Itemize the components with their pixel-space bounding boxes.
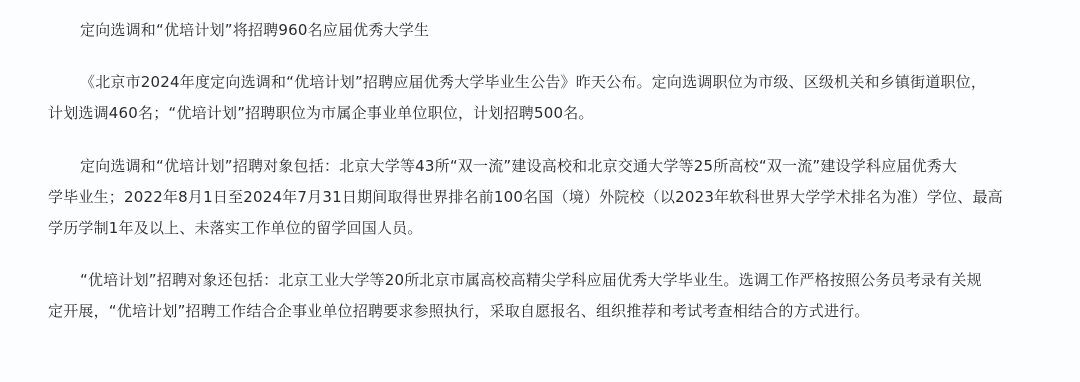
paragraph-line: 计划选调460名；“优培计划”招聘职位为市属企事业单位职位，计划招聘500名。	[48, 98, 1008, 129]
paragraph-line: 学历学制1年及以上、未落实工作单位的留学回国人员。	[48, 213, 1008, 244]
paragraph-line: 定向选调和“优培计划”招聘对象包括：北京大学等43所“双一流”建设高校和北京交通…	[48, 151, 1008, 182]
paragraph-additional-targets: “优培计划”招聘对象还包括：北京工业大学等20所北京市属高校高精尖学科应届优秀大…	[48, 265, 1008, 327]
paragraph-recruitment-targets: 定向选调和“优培计划”招聘对象包括：北京大学等43所“双一流”建设高校和北京交通…	[48, 151, 1008, 244]
article-headline: 定向选调和“优培计划”将招聘960名应届优秀大学生	[48, 15, 1008, 46]
paragraph-line: 学毕业生；2022年8月1日至2024年7月31日期间取得世界排名前100名国（…	[48, 182, 1008, 213]
paragraph-line: 《北京市2024年度定向选调和“优培计划”招聘应届优秀大学毕业生公告》昨天公布。…	[48, 67, 1008, 98]
paragraph-line: “优培计划”招聘对象还包括：北京工业大学等20所北京市属高校高精尖学科应届优秀大…	[48, 265, 1008, 296]
headline-text: 定向选调和“优培计划”将招聘960名应届优秀大学生	[48, 15, 1008, 46]
paragraph-announcement: 《北京市2024年度定向选调和“优培计划”招聘应届优秀大学毕业生公告》昨天公布。…	[48, 67, 1008, 129]
article: 定向选调和“优培计划”将招聘960名应届优秀大学生 《北京市2024年度定向选调…	[0, 0, 1080, 382]
paragraph-line: 定开展，“优培计划”招聘工作结合企事业单位招聘要求参照执行，采取自愿报名、组织推…	[48, 296, 1008, 327]
